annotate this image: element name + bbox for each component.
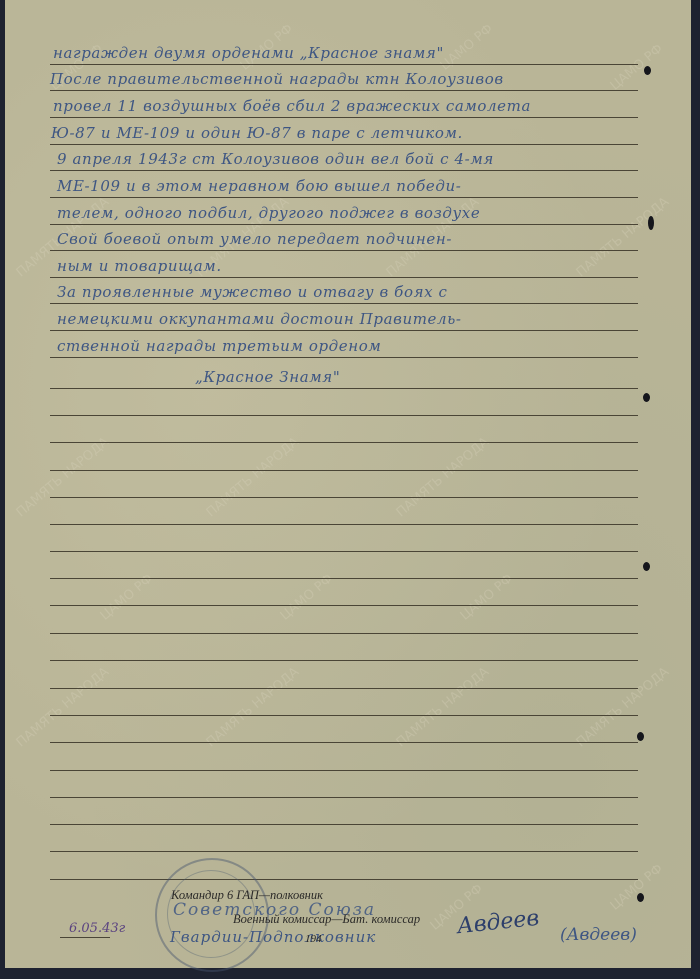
handwritten-line: МЕ-109 и в этом неравном бою вышел побед…: [57, 177, 461, 195]
ruled-line: [50, 578, 638, 579]
ruled-line: [50, 770, 638, 771]
punch-hole: [643, 562, 650, 571]
watermark: ЦАМО РФ: [98, 571, 156, 623]
watermark: ЦАМО РФ: [278, 571, 336, 623]
punch-hole: [648, 216, 654, 230]
handwritten-line: „Красное Знамя": [195, 368, 340, 386]
ruled-line: [50, 415, 638, 416]
handwritten-line: Свой боевой опыт умело передает подчинен…: [57, 230, 452, 248]
date-underline: [60, 937, 110, 938]
watermark: ПАМЯТЬ НАРОДА: [14, 665, 112, 751]
ruled-line: [50, 715, 638, 716]
handwritten-line: немецкими оккупантами достоин Правитель-: [57, 310, 462, 328]
watermark: ПАМЯТЬ НАРОДА: [14, 435, 112, 521]
ruled-line: [50, 797, 638, 798]
document-page: ЦАМО РФ ЦАМО РФ ЦАМО РФ ЦАМО РФ ПАМЯТЬ Н…: [5, 0, 691, 968]
ruled-line: [50, 470, 638, 471]
ruled-line: [50, 277, 638, 278]
handwritten-line: ственной награды третьим орденом: [57, 337, 381, 355]
watermark: ПАМЯТЬ НАРОДА: [394, 665, 492, 751]
year-label: 194: [305, 933, 322, 945]
watermark: ПАМЯТЬ НАРОДА: [574, 195, 672, 281]
handwritten-line: награжден двумя орденами „Красное знамя": [53, 44, 444, 62]
handwritten-line: провел 11 воздушных боёв сбил 2 вражески…: [53, 97, 531, 115]
ruled-line: [50, 117, 638, 118]
ruled-line: [50, 388, 638, 389]
ruled-line: [50, 497, 638, 498]
signature-name: (Авдеев): [560, 925, 637, 945]
ruled-line: [50, 851, 638, 852]
watermark: ПАМЯТЬ НАРОДА: [574, 665, 672, 751]
punch-hole: [644, 66, 651, 75]
ruled-line: [50, 605, 638, 606]
ruled-line: [50, 144, 638, 145]
handwritten-line: Ю-87 и МЕ-109 и один Ю-87 в паре с летчи…: [51, 124, 463, 142]
ruled-line: [50, 170, 638, 171]
handwritten-line: телем, одного подбил, другого поджег в в…: [57, 204, 480, 222]
ruled-line: [50, 330, 638, 331]
ruled-line: [50, 551, 638, 552]
ruled-line: [50, 824, 638, 825]
punch-hole: [637, 893, 644, 902]
signature: Авдеев: [456, 906, 540, 939]
ruled-line: [50, 742, 638, 743]
ruled-line: [50, 90, 638, 91]
watermark: ЦАМО РФ: [608, 41, 666, 93]
commissar-label: Военный комиссар—Бат. комиссар: [233, 912, 420, 927]
punch-hole: [643, 393, 650, 402]
ruled-line: [50, 303, 638, 304]
watermark: ЦАМО РФ: [608, 861, 666, 913]
ruled-line: [50, 250, 638, 251]
ruled-line: [50, 524, 638, 525]
ruled-line: [50, 660, 638, 661]
ruled-line: [50, 64, 638, 65]
handwritten-rank-2: Гвардии-Подполковник: [170, 928, 376, 946]
handwritten-line: 9 апреля 1943г ст Колоузивов один вел бо…: [57, 150, 494, 168]
ruled-line: [50, 879, 638, 880]
ruled-line: [50, 197, 638, 198]
handwritten-line: За проявленные мужество и отвагу в боях …: [57, 283, 448, 301]
ruled-line: [50, 442, 638, 443]
watermark: ПАМЯТЬ НАРОДА: [394, 435, 492, 521]
watermark: ПАМЯТЬ НАРОДА: [204, 435, 302, 521]
handwritten-line: После правительственной награды ктн Коло…: [50, 70, 504, 88]
date-field: 6.05.43г: [69, 921, 125, 936]
punch-hole: [637, 732, 644, 741]
ruled-line: [50, 688, 638, 689]
ruled-line: [50, 224, 638, 225]
watermark: ПАМЯТЬ НАРОДА: [204, 665, 302, 751]
watermark: ЦАМО РФ: [438, 21, 496, 73]
handwritten-line: ным и товарищам.: [57, 257, 222, 275]
watermark: ЦАМО РФ: [458, 571, 516, 623]
ruled-line: [50, 633, 638, 634]
ruled-line: [50, 357, 638, 358]
